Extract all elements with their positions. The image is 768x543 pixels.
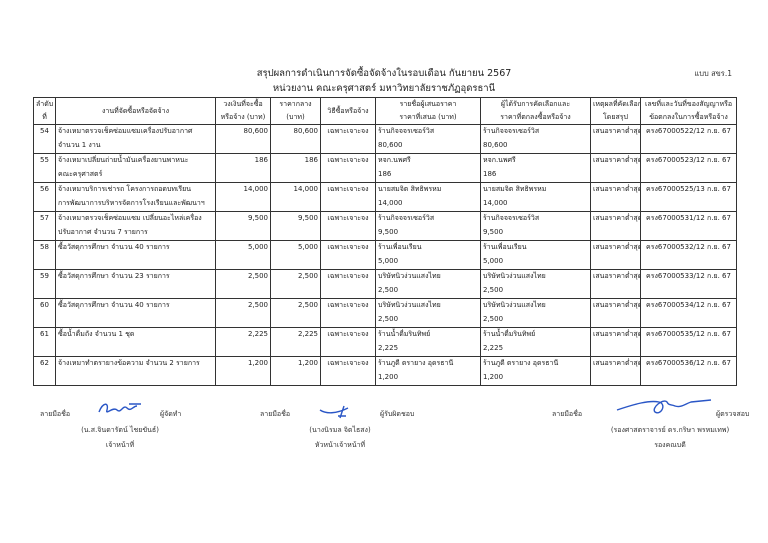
cell-text: 55	[36, 154, 53, 168]
cell-text: เฉพาะเจาะจง	[323, 183, 373, 197]
cell-text: จ้างเหมาทำตรายางข้อความ จำนวน 2 รายการ	[58, 357, 213, 371]
table-cell: 2,225	[216, 328, 271, 357]
table-row: 54จ้างเหมาตรวจเช็คซ่อมแซมเครื่องปรับอากา…	[34, 125, 737, 154]
table-cell: เฉพาะเจาะจง	[321, 154, 376, 183]
cell-text: ซื้อวัสดุการศึกษา จำนวน 23 รายการ	[58, 270, 213, 284]
sign-label-preparer: ลายมือชื่อ	[40, 409, 70, 420]
table-cell: จ้างเหมาตรวจเช็คซ่อมแซมเครื่องปรับอากาศจ…	[56, 125, 216, 154]
column-header-text: รายชื่อผู้เสนอราคา	[378, 98, 478, 111]
table-cell: 2,500	[216, 299, 271, 328]
table-cell: 61	[34, 328, 56, 357]
table-cell: 9,500	[271, 212, 321, 241]
table-row: 61ซื้อน้ำดื่มถัง จำนวน 1 ชุด2,2252,225เฉ…	[34, 328, 737, 357]
column-header-text: ราคาที่ตกลงซื้อหรือจ้าง	[483, 111, 588, 124]
cell-text: ร้านเพื่อนเรียน	[483, 241, 588, 255]
column-header: เลขที่และวันที่ของสัญญาหรือข้อตกลงในการซ…	[641, 98, 737, 125]
cell-text: 9,500	[218, 212, 268, 226]
table-cell: เฉพาะเจาะจง	[321, 183, 376, 212]
table-cell: 2,500	[216, 270, 271, 299]
cell-text: 59	[36, 270, 53, 284]
cell-text: ครง67000534/12 ก.ย. 67	[643, 299, 734, 313]
table-body: 54จ้างเหมาตรวจเช็คซ่อมแซมเครื่องปรับอากา…	[34, 125, 737, 386]
cell-text: ร้านภูดี ตรายาง อุดรธานี	[378, 357, 478, 371]
table-row: 59ซื้อวัสดุการศึกษา จำนวน 23 รายการ2,500…	[34, 270, 737, 299]
cell-text: จ้างเหมาเปลี่ยนถ่ายน้ำมันเครื่องยานพาหนะ	[58, 154, 213, 168]
table-cell: จ้างเหมาทำตรายางข้อความ จำนวน 2 รายการ	[56, 357, 216, 386]
table-cell: หจก.นพศรี186	[376, 154, 481, 183]
table-cell: 2,500	[271, 299, 321, 328]
cell-text: 2,500	[218, 270, 268, 284]
table-cell: 186	[216, 154, 271, 183]
table-cell: ร้านน้ำดื่มรินทิพย์2,225	[481, 328, 591, 357]
column-header-text: (บาท)	[273, 111, 318, 124]
table-cell: เฉพาะเจาะจง	[321, 241, 376, 270]
table-cell: 59	[34, 270, 56, 299]
table-header-row: ลำดับที่งานที่จัดซื้อหรือจัดจ้างวงเงินที…	[34, 98, 737, 125]
table-cell: 80,600	[271, 125, 321, 154]
cell-text: ซื้อวัสดุการศึกษา จำนวน 40 รายการ	[58, 241, 213, 255]
cell-text: ครง67000531/12 ก.ย. 67	[643, 212, 734, 226]
table-cell: เฉพาะเจาะจง	[321, 270, 376, 299]
cell-text: 2,225	[378, 342, 478, 356]
column-header-text: เลขที่และวันที่ของสัญญาหรือ	[643, 98, 734, 111]
cell-text: 186	[483, 168, 588, 182]
name-responsible: (นางนิรมล จิตไธสง)	[290, 425, 390, 436]
cell-text: 5,000	[483, 255, 588, 269]
cell-text: 80,600	[273, 125, 318, 139]
column-header: งานที่จัดซื้อหรือจัดจ้าง	[56, 98, 216, 125]
role-reviewer: ผู้ตรวจสอบ	[716, 409, 749, 420]
table-cell: 1,200	[271, 357, 321, 386]
column-header: วิธีซื้อหรือจ้าง	[321, 98, 376, 125]
cell-text: 9,500	[483, 226, 588, 240]
column-header-text: ราคาที่เสนอ (บาท)	[378, 111, 478, 124]
cell-text: 2,225	[483, 342, 588, 356]
table-cell: 186	[271, 154, 321, 183]
cell-text: ร้านกิจจจรเซอร์วิส	[483, 212, 588, 226]
cell-text: หจก.นพศรี	[483, 154, 588, 168]
cell-text: 186	[273, 154, 318, 168]
cell-text: 80,600	[378, 139, 478, 153]
table-cell: ร้านกิจจจรเซอร์วิส9,500	[376, 212, 481, 241]
table-cell: 60	[34, 299, 56, 328]
cell-text: 58	[36, 241, 53, 255]
cell-text: เฉพาะเจาะจง	[323, 270, 373, 284]
cell-text: เฉพาะเจาะจง	[323, 125, 373, 139]
signature-preparer	[95, 400, 145, 418]
cell-text: เฉพาะเจาะจง	[323, 154, 373, 168]
cell-text: เฉพาะเจาะจง	[323, 357, 373, 371]
cell-text: 60	[36, 299, 53, 313]
table-cell: เสนอราคาต่ำสุด	[591, 328, 641, 357]
table-cell: เสนอราคาต่ำสุด	[591, 212, 641, 241]
table-cell: 1,200	[216, 357, 271, 386]
cell-text: ร้านกิจจจรเซอร์วิส	[378, 212, 478, 226]
table-cell: ร้านน้ำดื่มรินทิพย์2,225	[376, 328, 481, 357]
table-cell: บริษัทนิวง่วนแสงไทย2,500	[376, 270, 481, 299]
table-cell: ซื้อวัสดุการศึกษา จำนวน 40 รายการ	[56, 241, 216, 270]
table-cell: ครง67000534/12 ก.ย. 67	[641, 299, 737, 328]
cell-text: จ้างเหมาบริการเช่ารถ โครงการถอดบทเรียน	[58, 183, 213, 197]
cell-text: ครง67000522/12 ก.ย. 67	[643, 125, 734, 139]
table-cell: ครง67000525/13 ก.ย. 67	[641, 183, 737, 212]
agency-title: หน่วยงาน คณะครุศาสตร์ มหาวิทยาลัยราชภัฏอ…	[0, 81, 768, 96]
table-cell: 56	[34, 183, 56, 212]
cell-text: เสนอราคาต่ำสุด	[593, 212, 638, 226]
cell-text: 2,225	[218, 328, 268, 342]
cell-text: 61	[36, 328, 53, 342]
table-cell: ครง67000522/12 ก.ย. 67	[641, 125, 737, 154]
table-cell: ครง67000531/12 ก.ย. 67	[641, 212, 737, 241]
cell-text: 14,000	[218, 183, 268, 197]
table-cell: ร้านภูดี ตรายาง อุดรธานี1,200	[376, 357, 481, 386]
cell-text: ปรับอากาศ จำนวน 7 รายการ	[58, 226, 213, 240]
table-cell: เสนอราคาต่ำสุด	[591, 183, 641, 212]
position-responsible: หัวหน้าเจ้าหน้าที่	[290, 440, 390, 451]
column-header-text: เหตุผลที่คัดเลือก	[593, 98, 638, 111]
signature-responsible	[318, 402, 358, 420]
table-row: 58ซื้อวัสดุการศึกษา จำนวน 40 รายการ5,000…	[34, 241, 737, 270]
cell-text: ร้านน้ำดื่มรินทิพย์	[483, 328, 588, 342]
cell-text: 2,500	[378, 313, 478, 327]
cell-text: เสนอราคาต่ำสุด	[593, 357, 638, 371]
column-header-text: ข้อตกลงในการซื้อหรือจ้าง	[643, 111, 734, 124]
cell-text: นายสมจิต สิทธิพรหม	[483, 183, 588, 197]
cell-text: เสนอราคาต่ำสุด	[593, 183, 638, 197]
table-cell: เฉพาะเจาะจง	[321, 299, 376, 328]
cell-text: เสนอราคาต่ำสุด	[593, 154, 638, 168]
report-title: สรุปผลการดำเนินการจัดซื้อจัดจ้างในรอบเดื…	[0, 66, 768, 81]
cell-text: 5,000	[378, 255, 478, 269]
cell-text: 1,200	[378, 371, 478, 385]
name-reviewer: (รองศาสตราจารย์ ดร.กริษา พรหมเทพ)	[600, 425, 740, 436]
role-responsible: ผู้รับผิดชอบ	[380, 409, 414, 420]
table-cell: 58	[34, 241, 56, 270]
form-code: แบบ สขร.1	[694, 68, 732, 80]
table-cell: เฉพาะเจาะจง	[321, 328, 376, 357]
cell-text: 2,500	[218, 299, 268, 313]
table-cell: เสนอราคาต่ำสุด	[591, 270, 641, 299]
column-header-text: วิธีซื้อหรือจ้าง	[323, 105, 373, 118]
cell-text: เฉพาะเจาะจง	[323, 241, 373, 255]
table-cell: ร้านกิจจจรเซอร์วิส80,600	[376, 125, 481, 154]
cell-text: จำนวน 1 งาน	[58, 139, 213, 153]
cell-text: บริษัทนิวง่วนแสงไทย	[378, 270, 478, 284]
cell-text: 1,200	[273, 357, 318, 371]
cell-text: 2,225	[273, 328, 318, 342]
cell-text: ครง67000535/12 ก.ย. 67	[643, 328, 734, 342]
cell-text: 2,500	[483, 313, 588, 327]
column-header: รายชื่อผู้เสนอราคาราคาที่เสนอ (บาท)	[376, 98, 481, 125]
table-cell: เฉพาะเจาะจง	[321, 125, 376, 154]
table-row: 62จ้างเหมาทำตรายางข้อความ จำนวน 2 รายการ…	[34, 357, 737, 386]
cell-text: ครง67000532/12 ก.ย. 67	[643, 241, 734, 255]
table-cell: เสนอราคาต่ำสุด	[591, 241, 641, 270]
cell-text: เฉพาะเจาะจง	[323, 212, 373, 226]
column-header-text: ลำดับ	[36, 98, 53, 111]
cell-text: บริษัทนิวง่วนแสงไทย	[378, 299, 478, 313]
cell-text: 54	[36, 125, 53, 139]
cell-text: เสนอราคาต่ำสุด	[593, 270, 638, 284]
role-preparer: ผู้จัดทำ	[160, 409, 181, 420]
cell-text: 1,200	[483, 371, 588, 385]
table-cell: 54	[34, 125, 56, 154]
cell-text: นายสมจิต สิทธิพรหม	[378, 183, 478, 197]
cell-text: ร้านภูดี ตรายาง อุดรธานี	[483, 357, 588, 371]
table-cell: จ้างเหมาเปลี่ยนถ่ายน้ำมันเครื่องยานพาหนะ…	[56, 154, 216, 183]
cell-text: การพัฒนาการบริหารจัดการโรงเรียนและพัฒนาฯ	[58, 197, 213, 211]
cell-text: ร้านเพื่อนเรียน	[378, 241, 478, 255]
cell-text: 14,000	[483, 197, 588, 211]
cell-text: 80,600	[483, 139, 588, 153]
table-cell: เสนอราคาต่ำสุด	[591, 154, 641, 183]
table-cell: ร้านกิจจจรเซอร์วิส80,600	[481, 125, 591, 154]
procurement-table: ลำดับที่งานที่จัดซื้อหรือจัดจ้างวงเงินที…	[33, 97, 737, 386]
table-cell: ร้านเพื่อนเรียน5,000	[481, 241, 591, 270]
table-row: 56จ้างเหมาบริการเช่ารถ โครงการถอดบทเรียน…	[34, 183, 737, 212]
table-cell: นายสมจิต สิทธิพรหม14,000	[481, 183, 591, 212]
sign-label-reviewer: ลายมือชื่อ	[552, 409, 582, 420]
cell-text: ครง67000523/12 ก.ย. 67	[643, 154, 734, 168]
table-row: 57จ้างเหมาตรวจเช็คซ่อมแซม เปลี่ยนอะไหล่เ…	[34, 212, 737, 241]
column-header-text: วงเงินที่จะซื้อ	[218, 98, 268, 111]
cell-text: 9,500	[378, 226, 478, 240]
table-cell: ร้านภูดี ตรายาง อุดรธานี1,200	[481, 357, 591, 386]
cell-text: ครง67000525/13 ก.ย. 67	[643, 183, 734, 197]
column-header-text: งานที่จัดซื้อหรือจัดจ้าง	[58, 105, 213, 118]
cell-text: ซื้อน้ำดื่มถัง จำนวน 1 ชุด	[58, 328, 213, 342]
cell-text: 14,000	[273, 183, 318, 197]
table-cell: เสนอราคาต่ำสุด	[591, 299, 641, 328]
table-cell: 80,600	[216, 125, 271, 154]
table-cell: เฉพาะเจาะจง	[321, 357, 376, 386]
cell-text: เฉพาะเจาะจง	[323, 299, 373, 313]
table-cell: หจก.นพศรี186	[481, 154, 591, 183]
table-cell: เสนอราคาต่ำสุด	[591, 125, 641, 154]
cell-text: 2,500	[273, 299, 318, 313]
column-header-text: ราคากลาง	[273, 98, 318, 111]
table-row: 60ซื้อวัสดุการศึกษา จำนวน 40 รายการ2,500…	[34, 299, 737, 328]
cell-text: 57	[36, 212, 53, 226]
cell-text: 56	[36, 183, 53, 197]
column-header-text: โดยสรุป	[593, 111, 638, 124]
cell-text: เสนอราคาต่ำสุด	[593, 241, 638, 255]
table-cell: 62	[34, 357, 56, 386]
cell-text: 1,200	[218, 357, 268, 371]
cell-text: ครง67000533/12 ก.ย. 67	[643, 270, 734, 284]
position-preparer: เจ้าหน้าที่	[70, 440, 170, 451]
table-cell: ซื้อน้ำดื่มถัง จำนวน 1 ชุด	[56, 328, 216, 357]
table-cell: ครง67000535/12 ก.ย. 67	[641, 328, 737, 357]
table-cell: จ้างเหมาบริการเช่ารถ โครงการถอดบทเรียนกา…	[56, 183, 216, 212]
column-header: เหตุผลที่คัดเลือกโดยสรุป	[591, 98, 641, 125]
column-header: ผู้ได้รับการคัดเลือกและราคาที่ตกลงซื้อหร…	[481, 98, 591, 125]
column-header: ลำดับที่	[34, 98, 56, 125]
table-cell: เฉพาะเจาะจง	[321, 212, 376, 241]
sign-label-responsible: ลายมือชื่อ	[260, 409, 290, 420]
table-cell: 2,225	[271, 328, 321, 357]
table-cell: ครง67000533/12 ก.ย. 67	[641, 270, 737, 299]
table-cell: 5,000	[271, 241, 321, 270]
cell-text: ซื้อวัสดุการศึกษา จำนวน 40 รายการ	[58, 299, 213, 313]
table-cell: ครง67000532/12 ก.ย. 67	[641, 241, 737, 270]
table-cell: เสนอราคาต่ำสุด	[591, 357, 641, 386]
cell-text: เสนอราคาต่ำสุด	[593, 299, 638, 313]
column-header-text: หรือจ้าง (บาท)	[218, 111, 268, 124]
cell-text: 62	[36, 357, 53, 371]
signature-reviewer	[615, 396, 715, 420]
column-header-text: ผู้ได้รับการคัดเลือกและ	[483, 98, 588, 111]
cell-text: ร้านกิจจจรเซอร์วิส	[378, 125, 478, 139]
cell-text: 186	[378, 168, 478, 182]
cell-text: 2,500	[378, 284, 478, 298]
cell-text: ร้านน้ำดื่มรินทิพย์	[378, 328, 478, 342]
table-cell: 57	[34, 212, 56, 241]
cell-text: 186	[218, 154, 268, 168]
table-cell: ซื้อวัสดุการศึกษา จำนวน 40 รายการ	[56, 299, 216, 328]
table-cell: ครง67000536/12 ก.ย. 67	[641, 357, 737, 386]
table-cell: ร้านเพื่อนเรียน5,000	[376, 241, 481, 270]
table-cell: จ้างเหมาตรวจเช็คซ่อมแซม เปลี่ยนอะไหล่เคร…	[56, 212, 216, 241]
table-cell: ซื้อวัสดุการศึกษา จำนวน 23 รายการ	[56, 270, 216, 299]
table-cell: 14,000	[216, 183, 271, 212]
cell-text: 80,600	[218, 125, 268, 139]
cell-text: หจก.นพศรี	[378, 154, 478, 168]
cell-text: บริษัทนิวง่วนแสงไทย	[483, 270, 588, 284]
cell-text: จ้างเหมาตรวจเช็คซ่อมแซมเครื่องปรับอากาศ	[58, 125, 213, 139]
column-header-text: ที่	[36, 111, 53, 124]
cell-text: 5,000	[218, 241, 268, 255]
table-cell: ครง67000523/12 ก.ย. 67	[641, 154, 737, 183]
cell-text: 9,500	[273, 212, 318, 226]
table-cell: บริษัทนิวง่วนแสงไทย2,500	[376, 299, 481, 328]
table-cell: 9,500	[216, 212, 271, 241]
cell-text: คณะครุศาสตร์	[58, 168, 213, 182]
name-preparer: (น.ส.จินดารัตน์ ไชยขันธ์)	[70, 425, 170, 436]
position-reviewer: รองคณบดี	[600, 440, 740, 451]
cell-text: 14,000	[378, 197, 478, 211]
table-cell: 55	[34, 154, 56, 183]
column-header: ราคากลาง(บาท)	[271, 98, 321, 125]
cell-text: เฉพาะเจาะจง	[323, 328, 373, 342]
cell-text: 2,500	[483, 284, 588, 298]
column-header: วงเงินที่จะซื้อหรือจ้าง (บาท)	[216, 98, 271, 125]
table-cell: 5,000	[216, 241, 271, 270]
cell-text: 5,000	[273, 241, 318, 255]
cell-text: ร้านกิจจจรเซอร์วิส	[483, 125, 588, 139]
cell-text: บริษัทนิวง่วนแสงไทย	[483, 299, 588, 313]
table-cell: บริษัทนิวง่วนแสงไทย2,500	[481, 299, 591, 328]
table-row: 55จ้างเหมาเปลี่ยนถ่ายน้ำมันเครื่องยานพาห…	[34, 154, 737, 183]
cell-text: ครง67000536/12 ก.ย. 67	[643, 357, 734, 371]
table-cell: ร้านกิจจจรเซอร์วิส9,500	[481, 212, 591, 241]
cell-text: เสนอราคาต่ำสุด	[593, 328, 638, 342]
cell-text: 2,500	[273, 270, 318, 284]
table-cell: 14,000	[271, 183, 321, 212]
cell-text: เสนอราคาต่ำสุด	[593, 125, 638, 139]
table-cell: 2,500	[271, 270, 321, 299]
table-cell: บริษัทนิวง่วนแสงไทย2,500	[481, 270, 591, 299]
table-cell: นายสมจิต สิทธิพรหม14,000	[376, 183, 481, 212]
cell-text: จ้างเหมาตรวจเช็คซ่อมแซม เปลี่ยนอะไหล่เคร…	[58, 212, 213, 226]
